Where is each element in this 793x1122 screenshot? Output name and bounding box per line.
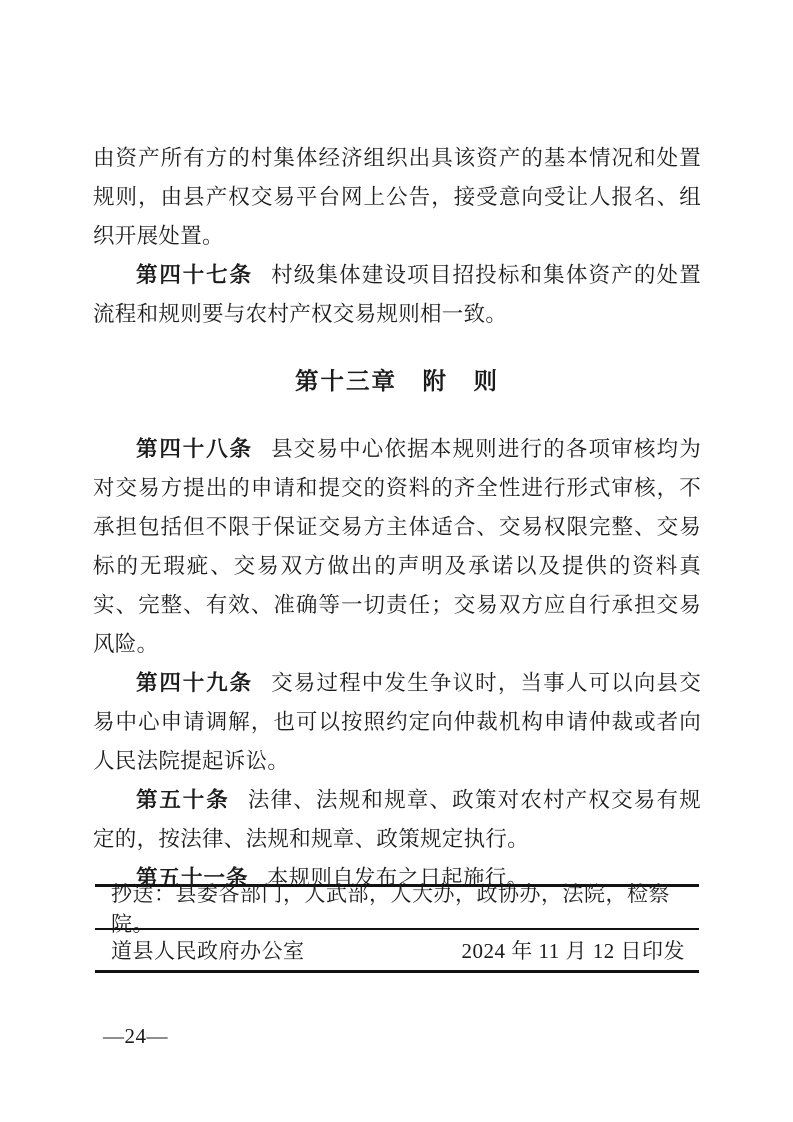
article-50-paragraph: 第五十条法律、法规和规章、政策对农村产权交易有规定的，按法律、法规和规章、政策规… xyxy=(93,781,701,859)
article-49-paragraph: 第四十九条交易过程中发生争议时，当事人可以向县交易中心申请调解，也可以按照约定向… xyxy=(93,664,701,781)
article-48-text: 县交易中心依据本规则进行的各项审核均为对交易方提出的申请和提交的资料的齐全性进行… xyxy=(93,437,701,656)
document-footer: 抄送：县委各部门，人武部，人大办，政协办，法院，检察院。 道县人民政府办公室 2… xyxy=(95,884,699,973)
copy-to-line: 抄送：县委各部门，人武部，人大办，政协办，法院，检察院。 xyxy=(111,878,687,938)
document-page: 由资产所有方的村集体经济组织出具该资产的基本情况和处置规则，由县产权交易平台网上… xyxy=(0,0,793,1122)
article-47-number: 第四十七条 xyxy=(136,263,253,287)
article-48-paragraph: 第四十八条县交易中心依据本规则进行的各项审核均为对交易方提出的申请和提交的资料的… xyxy=(93,430,701,664)
article-50-number: 第五十条 xyxy=(136,788,230,812)
issuing-office: 道县人民政府办公室 xyxy=(111,935,305,965)
article-48-number: 第四十八条 xyxy=(136,437,253,461)
body-paragraph-continuation: 由资产所有方的村集体经济组织出具该资产的基本情况和处置规则，由县产权交易平台网上… xyxy=(93,139,701,256)
print-date: 2024 年 11 月 12 日印发 xyxy=(462,935,685,965)
article-49-number: 第四十九条 xyxy=(136,671,253,695)
footer-bottom-rule xyxy=(95,970,699,973)
chapter-heading: 第十三章 附 则 xyxy=(93,361,701,401)
article-47-paragraph: 第四十七条村级集体建设项目招投标和集体资产的处置流程和规则要与农村产权交易规则相… xyxy=(93,256,701,334)
document-body: 由资产所有方的村集体经济组织出具该资产的基本情况和处置规则，由县产权交易平台网上… xyxy=(93,139,701,898)
page-number: —24— xyxy=(103,1024,168,1049)
paragraph-text: 由资产所有方的村集体经济组织出具该资产的基本情况和处置规则，由县产权交易平台网上… xyxy=(93,146,701,248)
copy-to-row: 抄送：县委各部门，人武部，人大办，政协办，法院，检察院。 xyxy=(95,887,699,928)
